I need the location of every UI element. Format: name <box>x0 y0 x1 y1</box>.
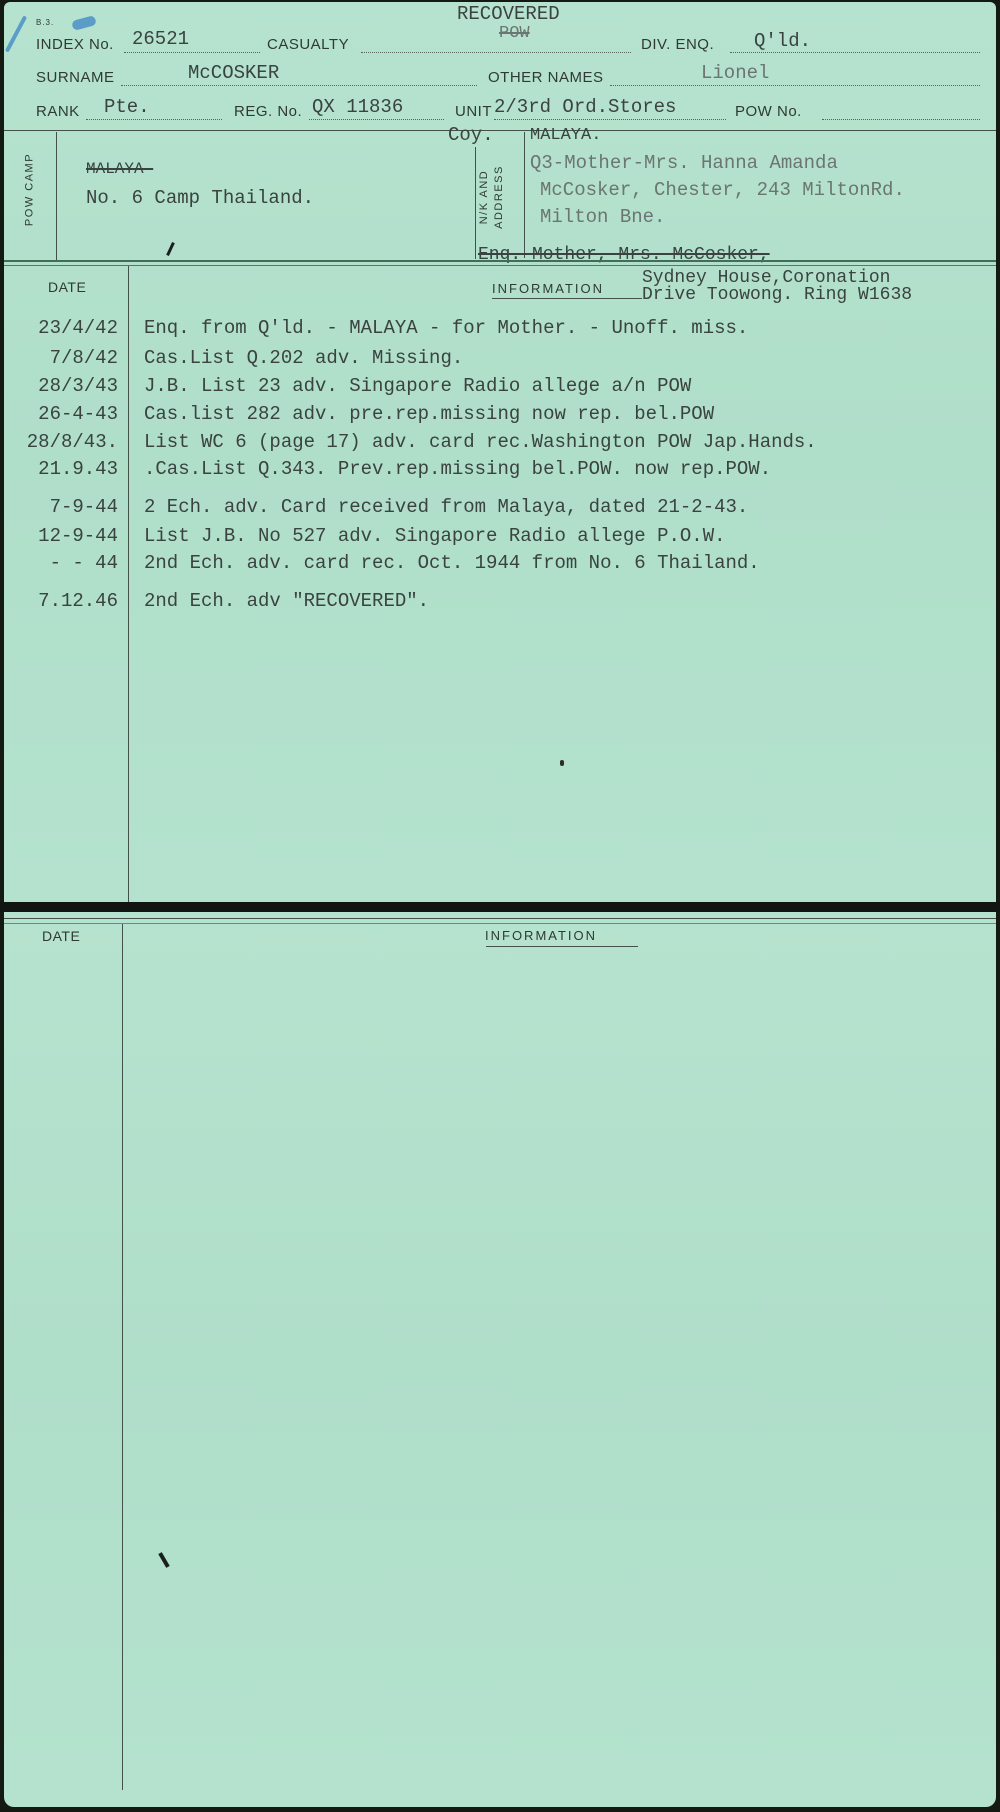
row-information: 2 Ech. adv. Card received from Malaya, d… <box>144 496 748 518</box>
row-information: 2nd Ech. adv "RECOVERED". <box>144 590 429 612</box>
other-names-label: OTHER NAMES <box>488 69 604 86</box>
row-information: J.B. List 23 adv. Singapore Radio allege… <box>144 375 691 397</box>
row-information: .Cas.List Q.343. Prev.rep.missing bel.PO… <box>144 458 771 480</box>
table-row: 7.12.462nd Ech. adv "RECOVERED". <box>4 590 996 618</box>
table-row: 12-9-44List J.B. No 527 adv. Singapore R… <box>4 525 996 553</box>
pow-camp-value: No. 6 Camp Thailand. <box>86 187 314 209</box>
row-date: 7/8/42 <box>4 347 118 369</box>
surname-value: McCOSKER <box>188 62 279 84</box>
row-date: 7-9-44 <box>4 496 118 518</box>
div-enq-label: DIV. ENQ. <box>641 36 714 53</box>
row-date: - - 44 <box>4 552 118 574</box>
index-value: 26521 <box>132 28 189 50</box>
casualty-value-recovered: RECOVERED <box>457 3 560 25</box>
row-date: 26-4-43 <box>4 403 118 425</box>
enquirer-struck: Enq. Mother, Mrs. McCosker, <box>478 245 770 265</box>
surname-label: SURNAME <box>36 69 115 86</box>
unit-value: 2/3rd Ord.Stores <box>494 96 676 118</box>
unit-value-continued: Coy. <box>448 124 494 146</box>
row-date: 23/4/42 <box>4 317 118 339</box>
table-row: 28/8/43.List WC 6 (page 17) adv. card re… <box>4 431 996 459</box>
card-back: DATE INFORMATION <box>4 912 996 1807</box>
rank-value: Pte. <box>104 96 150 118</box>
nk-address-line-4: Milton Bne. <box>540 206 665 228</box>
back-date-column-header: DATE <box>42 928 80 944</box>
form-code: B.3. <box>36 18 54 27</box>
unit-label: UNIT <box>455 103 492 120</box>
information-column-header: INFORMATION <box>492 281 604 296</box>
table-row: - - 442nd Ech. adv. card rec. Oct. 1944 … <box>4 552 996 580</box>
pow-no-label: POW No. <box>735 103 802 120</box>
row-date: 7.12.46 <box>4 590 118 612</box>
nk-address-line-2: Q3-Mother-Mrs. Hanna Amanda <box>530 152 838 174</box>
other-names-value: Lionel <box>701 62 769 84</box>
rank-label: RANK <box>36 103 80 120</box>
pow-camp-struck: MALAYA- <box>86 160 153 178</box>
row-information: Cas.list 282 adv. pre.rep.missing now re… <box>144 403 714 425</box>
casualty-label: CASUALTY <box>267 36 349 53</box>
back-information-column-header: INFORMATION <box>485 928 597 943</box>
table-row: 7-9-442 Ech. adv. Card received from Mal… <box>4 496 996 524</box>
enquirer-line-3: Drive Toowong. Ring W1638 <box>642 285 912 305</box>
reg-no-value: QX 11836 <box>312 96 403 118</box>
nk-address-label: N/K AND ADDRESS <box>477 157 507 237</box>
pen-number-mark <box>71 15 97 31</box>
card-separator <box>0 902 1000 912</box>
index-label: INDEX No. <box>36 36 114 53</box>
table-row: 21.9.43.Cas.List Q.343. Prev.rep.missing… <box>4 458 996 486</box>
table-row: 26-4-43Cas.list 282 adv. pre.rep.missing… <box>4 403 996 431</box>
row-information: Cas.List Q.202 adv. Missing. <box>144 347 463 369</box>
nk-address-line-1: MALAYA. <box>530 126 601 145</box>
row-date: 28/8/43. <box>4 431 118 453</box>
row-information: List WC 6 (page 17) adv. card rec.Washin… <box>144 431 817 453</box>
row-date: 12-9-44 <box>4 525 118 547</box>
div-enq-value: Q'ld. <box>754 30 811 52</box>
nk-address-line-3: McCosker, Chester, 243 MiltonRd. <box>540 179 905 201</box>
pen-stroke-mark <box>5 15 27 52</box>
row-information: List J.B. No 527 adv. Singapore Radio al… <box>144 525 726 547</box>
row-information: Enq. from Q'ld. - MALAYA - for Mother. -… <box>144 317 748 339</box>
row-date: 28/3/43 <box>4 375 118 397</box>
reg-no-label: REG. No. <box>234 103 302 120</box>
row-information: 2nd Ech. adv. card rec. Oct. 1944 from N… <box>144 552 760 574</box>
table-row: 23/4/42Enq. from Q'ld. - MALAYA - for Mo… <box>4 317 996 345</box>
date-column-header: DATE <box>48 279 86 295</box>
card-front: B.3. INDEX No. 26521 CASUALTY RECOVERED … <box>4 2 996 902</box>
pow-camp-label: POW CAMP <box>23 150 38 230</box>
row-date: 21.9.43 <box>4 458 118 480</box>
casualty-value-struck: POW <box>499 24 530 43</box>
table-row: 28/3/43J.B. List 23 adv. Singapore Radio… <box>4 375 996 403</box>
table-row: 7/8/42Cas.List Q.202 adv. Missing. <box>4 347 996 375</box>
